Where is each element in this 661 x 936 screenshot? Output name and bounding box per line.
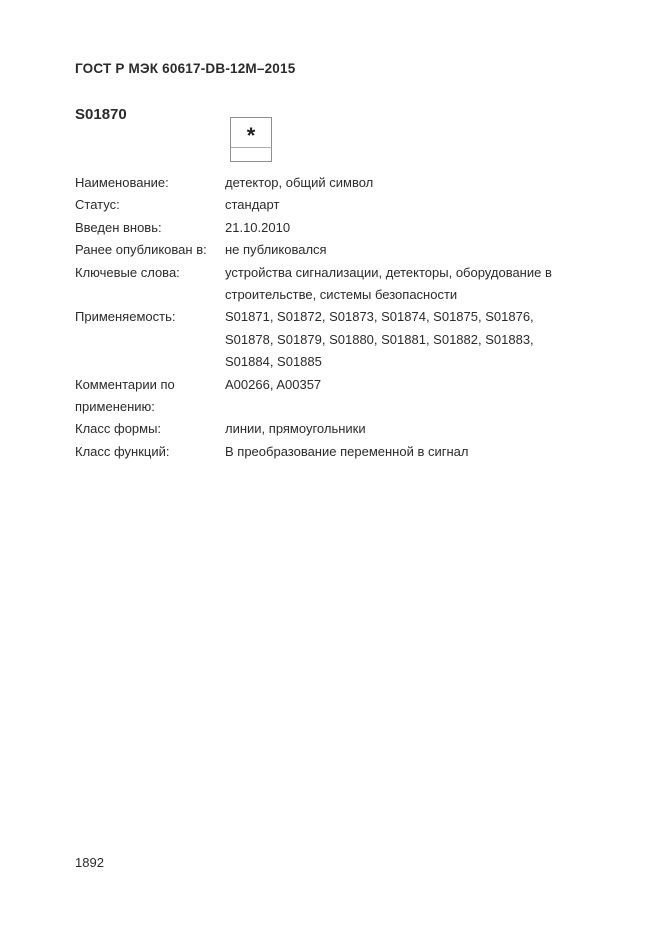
text-line: S01878, S01879, S01880, S01881, S01882, … <box>225 329 575 351</box>
field-value: S01871, S01872, S01873, S01874, S01875, … <box>225 306 575 373</box>
text-line: Ранее опубликован в: <box>75 239 225 261</box>
text-line: Ключевые слова: <box>75 262 225 284</box>
document-header: ГОСТ Р МЭК 60617-DB-12M–2015 <box>75 61 295 76</box>
symbol-id: S01870 <box>75 106 127 123</box>
field-row: Введен вновь:21.10.2010 <box>75 217 575 239</box>
text-line: Класс функций: <box>75 441 225 463</box>
field-row: Наименование:детектор, общий символ <box>75 172 575 194</box>
text-line: Наименование: <box>75 172 225 194</box>
field-row: Ключевые слова:устройства сигнализации, … <box>75 262 575 307</box>
field-label: Статус: <box>75 194 225 216</box>
text-line: A00266, A00357 <box>225 374 575 396</box>
field-value: устройства сигнализации, детекторы, обор… <box>225 262 575 307</box>
field-value: В преобразование переменной в сигнал <box>225 441 575 463</box>
text-line: В преобразование переменной в сигнал <box>225 441 575 463</box>
symbol-graphic: * <box>230 117 272 162</box>
field-value: не публиковался <box>225 239 575 261</box>
text-line: Комментарии по <box>75 374 225 396</box>
field-label: Ключевые слова: <box>75 262 225 284</box>
field-value: линии, прямоугольники <box>225 418 575 440</box>
text-line: детектор, общий символ <box>225 172 575 194</box>
field-row: Класс формы:линии, прямоугольники <box>75 418 575 440</box>
attribute-list: Наименование:детектор, общий символСтату… <box>75 172 575 463</box>
text-line: Статус: <box>75 194 225 216</box>
text-line: S01871, S01872, S01873, S01874, S01875, … <box>225 306 575 328</box>
field-label: Комментарии поприменению: <box>75 374 225 419</box>
text-line: линии, прямоугольники <box>225 418 575 440</box>
text-line: строительстве, системы безопасности <box>225 284 575 306</box>
field-row: Статус:стандарт <box>75 194 575 216</box>
text-line: стандарт <box>225 194 575 216</box>
field-label: Введен вновь: <box>75 217 225 239</box>
field-label: Применяемость: <box>75 306 225 328</box>
field-row: Применяемость:S01871, S01872, S01873, S0… <box>75 306 575 373</box>
field-row: Ранее опубликован в:не публиковался <box>75 239 575 261</box>
text-line: S01884, S01885 <box>225 351 575 373</box>
field-value: A00266, A00357 <box>225 374 575 396</box>
field-row: Класс функций:В преобразование переменно… <box>75 441 575 463</box>
symbol-box-footer-cell <box>231 147 271 162</box>
field-label: Наименование: <box>75 172 225 194</box>
text-line: Введен вновь: <box>75 217 225 239</box>
text-line: Класс формы: <box>75 418 225 440</box>
field-value: детектор, общий символ <box>225 172 575 194</box>
field-label: Ранее опубликован в: <box>75 239 225 261</box>
field-value: стандарт <box>225 194 575 216</box>
text-line: Применяемость: <box>75 306 225 328</box>
text-line: устройства сигнализации, детекторы, обор… <box>225 262 575 284</box>
field-value: 21.10.2010 <box>225 217 575 239</box>
asterisk-icon: * <box>231 118 271 147</box>
field-row: Комментарии поприменению:A00266, A00357 <box>75 374 575 419</box>
text-line: не публиковался <box>225 239 575 261</box>
text-line: применению: <box>75 396 225 418</box>
field-label: Класс функций: <box>75 441 225 463</box>
text-line: 21.10.2010 <box>225 217 575 239</box>
field-label: Класс формы: <box>75 418 225 440</box>
page-number: 1892 <box>75 855 104 870</box>
